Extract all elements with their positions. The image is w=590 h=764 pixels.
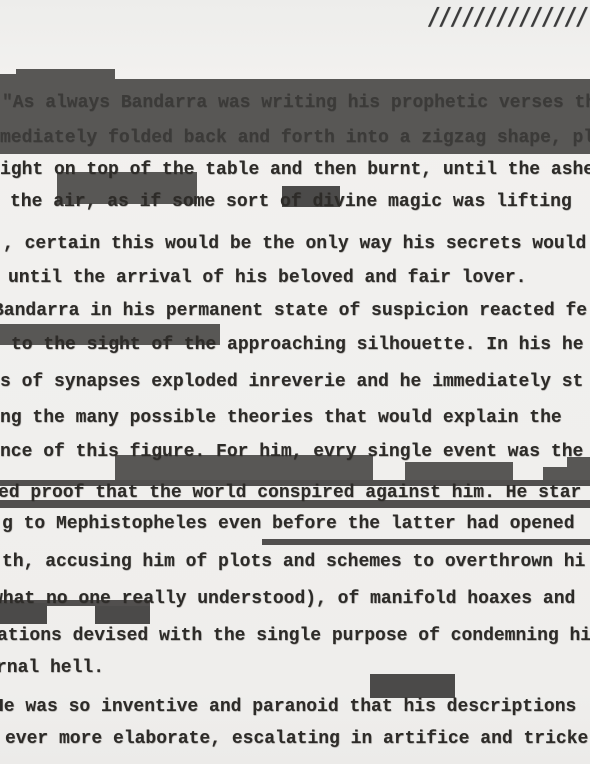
text-line: nce of this figure. For him, evry single… xyxy=(0,442,583,462)
text-line: ations devised with the single purpose o… xyxy=(0,626,590,646)
text-line: what no one really understood), of manif… xyxy=(0,589,575,609)
text-line: Bandarra in his permanent state of suspi… xyxy=(0,301,587,321)
redaction-underline xyxy=(262,539,590,545)
redaction-block-tab xyxy=(16,69,115,83)
redaction-bar xyxy=(543,467,590,481)
scanned-document-page: ////////////// "As always Bandarra was w… xyxy=(0,0,590,764)
text-line: , certain this would be the only way his… xyxy=(3,234,586,254)
text-line: ight on top of the table and then burnt,… xyxy=(0,160,590,180)
text-line: ng the many possible theories that would… xyxy=(0,408,562,428)
text-line: to the sight of the approaching silhouet… xyxy=(11,335,584,355)
text-line: until the arrival of his beloved and fai… xyxy=(8,268,526,288)
text-line: the air, as if some sort of divine magic… xyxy=(10,192,572,212)
text-line: ed proof that the world conspired agains… xyxy=(0,483,581,503)
text-line: th, accusing him of plots and schemes to… xyxy=(2,552,585,572)
text-line: s of synapses exploded inreverie and he … xyxy=(0,372,583,392)
text-line: g to Mephistopheles even before the latt… xyxy=(2,514,575,534)
text-line: rnal hell. xyxy=(0,658,104,678)
text-line: He was so inventive and paranoid that hi… xyxy=(0,697,576,717)
redaction-bar xyxy=(370,674,455,698)
text-line: ever more elaborate, escalating in artif… xyxy=(5,729,588,749)
text-line: "As always Bandarra was writing his prop… xyxy=(2,93,590,113)
redaction-block-left-edge xyxy=(0,74,16,82)
redaction-bar xyxy=(405,462,513,481)
tally-slashes-mark: ////////////// xyxy=(426,1,590,44)
text-line: mediately folded back and forth into a z… xyxy=(0,128,590,148)
